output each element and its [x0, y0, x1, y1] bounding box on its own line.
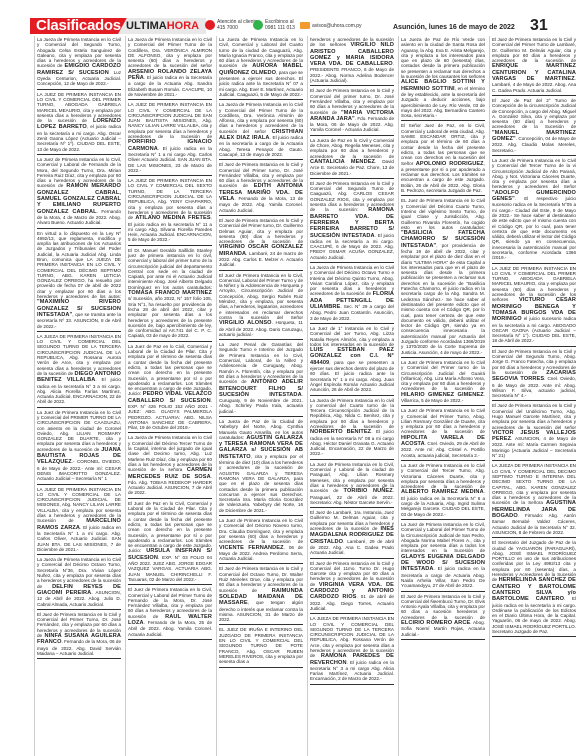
legal-notice: La Juez de 1° Instancia en lo Civil y Co…	[310, 325, 394, 396]
whatsapp-number: 0981 111 013	[265, 25, 295, 31]
notice-text: La Juez de Primera Instancia en lo Civil…	[37, 410, 121, 452]
page-number: 31	[530, 17, 548, 35]
notice-text: La Juez Penal de Garantías del Segundo T…	[219, 342, 303, 384]
legal-notice: La Juez de Primera Instancia en lo Civil…	[401, 521, 485, 592]
legal-notice: El Juez de Primera Instancia en lo Civil…	[492, 36, 576, 96]
notice-text: El Juez de Primera Instancia en lo Civil…	[219, 273, 303, 320]
notice-text: La Jueza de Primera Instancia en lo civi…	[310, 398, 394, 429]
legal-notice: LA JUEZA DE PRIMERA INSTANCIA EN LO CIVI…	[310, 615, 394, 685]
notice-text: , cita y emplaza por el término de diez …	[219, 454, 303, 513]
notice-text: El Juez de Paz en lo Civil, Comercial y …	[128, 501, 212, 554]
notice-text: El Secretario del Juzgado de Paz de la c…	[492, 540, 576, 582]
notice-column: El Juez de Primera Instancia en lo Civil…	[489, 36, 576, 756]
notice-text: El Juez de Primera Instancia en lo Civil…	[492, 403, 576, 429]
legal-notice: La Jueza de Paz de Río Verde con asiento…	[401, 36, 485, 121]
legal-notice: LA JUEZ DE PRIMERA INSTANCIA EN LO CIVIL…	[37, 91, 121, 155]
notice-text: . El juicio radica en la secretaría a mi…	[492, 596, 576, 634]
notice-text: LA JUEZA DE PRIMERA INSTANCIA EN LO CIVI…	[310, 616, 394, 658]
notice-text: La Jueza de Paz en lo Civil y Comercial …	[310, 138, 394, 159]
legal-notice: El Juez de Primera Instancia en lo Civil…	[492, 348, 576, 402]
notice-text: La Jueza de Paz de Río Verde con asiento…	[401, 37, 485, 79]
legal-notice: La Juez de Primera Instancia en lo Civil…	[310, 461, 394, 508]
legal-notice: El Juez de Lambaré, 1ra. Instancia, Juez…	[310, 509, 394, 558]
notices-columns: La Jueza de Primera Instancia en lo Civi…	[34, 36, 576, 756]
notice-text: EL JUEZ DE IRUÑA E INTERINO DEL JUZGADO …	[219, 627, 303, 664]
notice-text: En virtud a lo dispuesto en la Ley Nº 49…	[37, 231, 121, 300]
legal-notice: La Juez de Primera Instancia en lo Civil…	[492, 157, 576, 264]
notice-text: , por providencia de fecha 19 de abril d…	[401, 243, 485, 355]
legal-notice: herederos y acreedores de la sucesión de…	[310, 36, 394, 86]
legal-notice: El Juez de Primera Instancia en lo Civil…	[310, 87, 394, 135]
legal-notice: La Jueza de Primera Instancia en lo Civi…	[219, 101, 303, 160]
notice-text: s/ Sucesión, año 2022, N° 157 folio 105,…	[128, 296, 212, 338]
notice-column: herederos y acreedores de la sucesión de…	[307, 36, 394, 756]
deceased-name: HILARIO GIMENEZ GIMENEZ	[401, 392, 484, 398]
deceased-name: ENRIQUE MARTINEZ CENTURION Y CATALINA VA…	[492, 63, 576, 82]
notice-text: La Juez de Primera Instancia en lo Civil…	[401, 463, 485, 489]
legal-notice: El Juez de Primera Instancia en lo Civil…	[310, 560, 394, 615]
notice-text: La Juez de Primera Instancia en lo Civil…	[492, 158, 576, 189]
phone-contact: Atención al cliente:415 7000	[205, 19, 259, 31]
notice-column: La Jueza de Primera Instancia en lo Civi…	[125, 36, 212, 756]
legal-notice: LA JUEZA DE PRIMERA INSTANCIA EN LO CIVI…	[492, 462, 576, 538]
legal-notice: La Juez de Primera Instancia en lo Civil…	[37, 156, 121, 229]
legal-notice: La Juez de Primera Instancia en lo Civil…	[401, 462, 485, 520]
deceased-name: TOMASA FRANCO MARTINEZ	[128, 290, 212, 296]
deceased-name: VIRGILIO ALONSO	[219, 320, 272, 326]
notice-column: La Jueza de Primera Instancia en lo Civi…	[34, 36, 121, 756]
legal-notice: La Jueza de Primera Instancia en lo Civi…	[219, 36, 303, 100]
deceased-name: NORBERTO BENITEZ	[310, 429, 371, 435]
legal-notice: La Jueza de Primera Instancia en lo Civi…	[128, 36, 212, 100]
notice-text: El Juez de Primera Instancia en lo Civil…	[492, 37, 576, 63]
legal-notice: La Jueza de Primera Instancia en lo Civi…	[128, 434, 212, 498]
brand-hora: HORA	[167, 20, 199, 32]
whatsapp-contact: Escríbinos al0981 111 013	[253, 19, 295, 31]
legal-notice: La Juez Penal de Garantías del Segundo T…	[219, 341, 303, 417]
deceased-name: ALBERTO RAMIREZ MEDINA	[401, 489, 484, 495]
legal-notice: El Juez de Primera Instancia en lo Civil…	[219, 272, 303, 341]
email-address: avisos@uhora.com.py	[312, 23, 362, 29]
legal-notice: La Jueza de Paz de la Ciudad de Yabebyry…	[219, 418, 303, 516]
envelope-icon	[300, 22, 310, 29]
legal-notice: El Juez de Primera Instancia en lo Civil…	[219, 217, 303, 271]
legal-notice: El Dr. Manuel Geraldo Saifildin Stanley …	[128, 247, 212, 342]
legal-notice: El Señor Juez de Paz, en lo Civil, Comer…	[401, 122, 485, 196]
notice-text: La Juez de Primera Instancia en lo Civil…	[401, 408, 485, 434]
legal-notice: La Jueza de Primera Instancia en lo Civi…	[37, 36, 121, 90]
notice-column: La Jueza de Primera Instancia en lo Civi…	[216, 36, 303, 756]
notice-text: LA JUEZA DE PRIMERA INSTANCIA EN LO CIVI…	[492, 463, 576, 505]
legal-notice: La Juez de Primera Instancia en lo Civil…	[37, 409, 121, 485]
legal-notice: La Jueza de Primera Instancia en lo civi…	[310, 397, 394, 460]
legal-notice: El Juez de Primera Instancia en lo Civil…	[219, 161, 303, 216]
brand-ultima: ULTIMA	[126, 20, 167, 32]
email-contact: avisos@uhora.com.py	[300, 22, 362, 29]
page-header: Clasificados ULTIMAHORA Atención al clie…	[0, 0, 580, 34]
legal-notice: El Juez de Primera Instancia en lo Civil…	[401, 593, 485, 640]
notice-text: El Juez de Paz del 2° Turno de Concepció…	[492, 98, 576, 129]
legal-notice: El Secretario del Juzgado de Paz de la c…	[492, 539, 576, 637]
legal-notice: LA JUEZ DE PRIMERA INSTANCIA EN LO CIVIL…	[128, 101, 212, 176]
phone-icon	[205, 20, 215, 30]
notice-text: LA JUEZ DE PRIMERA INSTANCIA EN LO CIVIL…	[128, 178, 212, 220]
legal-notice: La Jueza de Primera Instancia en lo Civi…	[310, 264, 394, 324]
deceased-name: APOLONIO RODRIGUEZ	[416, 161, 484, 167]
notice-text: La Juez de Primera Instancia en lo Civil…	[401, 360, 485, 391]
legal-notice: LA JUEZ DE PRIMERA INSTANCIA EN LO CIVIL…	[128, 177, 212, 246]
legal-notice: El Juez de Primera Instancia en lo Civil…	[219, 565, 303, 625]
notice-text: EL Juez de Primera Instancia en lo Civil…	[401, 198, 485, 229]
legal-notice: EL Juez de Primera Instancia en lo Civil…	[401, 197, 485, 358]
legal-notice: La Jueza de Primera Instancia en lo Civi…	[37, 556, 121, 610]
notice-text: La Juez de Paz en lo Civil, Comercial y …	[128, 344, 212, 397]
legal-notice: La Jueza de Paz en lo Civil y Comercial …	[310, 137, 394, 179]
legal-notice: En virtud a lo dispuesto en la Ley Nº 49…	[37, 230, 121, 332]
legal-notice: El Juez de Primera Instancia en lo Civil…	[37, 611, 121, 659]
legal-notice: LA JUEZ DE PRIMERA INSTANCIA EN LO CIVIL…	[492, 265, 576, 347]
deceased-name: TORIBIO NUÑEZ	[344, 488, 393, 494]
legal-notice: El Juez de Paz en lo Civil, Comercial y …	[128, 500, 212, 585]
notice-column: La Jueza de Paz de Río Verde con asiento…	[398, 36, 485, 756]
notice-text: El Juez de Primera Instancia en lo Civil…	[401, 594, 485, 620]
notice-text: LA JUEZ DE PRIMERA INSTANCIA EN LO CIVIL…	[128, 102, 212, 139]
notice-text: La Juez de Primera Instancia en lo Civil…	[401, 522, 485, 553]
notice-text: El Juez de Primera Instancia en lo Civil…	[219, 218, 303, 244]
legal-notice: La Juez de Primera Instancia en lo Civil…	[401, 359, 485, 406]
legal-notice: La Juez de Paz en lo Civil, Comercial y …	[128, 343, 212, 434]
notice-text: LA JUEZA DE PRIMERA INSTANCIA EN LO CIVI…	[37, 334, 121, 376]
deceased-name: ATILANO MEDINA FRETES	[135, 215, 210, 221]
notice-text: El Señor Juez de Paz, en lo Civil, Comer…	[401, 123, 485, 165]
legal-notice: LA JUEZA DE PRIMERA INSTANCIA EN LO CIVI…	[37, 333, 121, 408]
legal-notice: EL JUEZ DE IRUÑA E INTERINO DEL JUZGADO …	[219, 626, 303, 668]
legal-notice: El Juez de Primera Instancia en lo Civil…	[492, 402, 576, 461]
legal-notice: El Juez de Paz del 2° Turno de Concepció…	[492, 97, 576, 156]
notice-text: . El respectivo juicio sucesorio radica …	[492, 196, 576, 260]
issue-date: Asunción, lunes 16 de mayo de 2022	[393, 24, 515, 31]
notice-text: El Dr. Manuel Geraldo Saifildin Stanley …	[128, 248, 212, 290]
notice-text: La Juez de Primera Instancia en lo Civil…	[219, 518, 303, 544]
legal-notice: El Juez de Primera Instancia en lo Civil…	[128, 586, 212, 640]
legal-notice: La Juez de Primera Instancia en lo Civil…	[401, 407, 485, 461]
notice-text: La Jueza de Primera Instancia en lo Civi…	[128, 37, 212, 68]
legal-notice: LA JUEZ DE PRIMERA INSTANCIA EN LO CIVIL…	[37, 486, 121, 556]
brand-logo: ULTIMAHORA	[118, 18, 206, 34]
deceased-name: ELCIRIO ROMERO ARCE	[401, 620, 470, 626]
notice-text: La Juez de 1° Instancia en lo Civil y Co…	[310, 326, 394, 347]
whatsapp-icon	[253, 20, 263, 30]
legal-notice: El Juez de Primera Instancia en lo Civil…	[310, 180, 394, 263]
legal-notice: La Juez de Primera Instancia en lo Civil…	[219, 517, 303, 564]
deceased-name: VICENTE FERNANDEZ	[219, 545, 284, 551]
deceased-name: CANTALICIA MENDEZ	[310, 159, 375, 165]
